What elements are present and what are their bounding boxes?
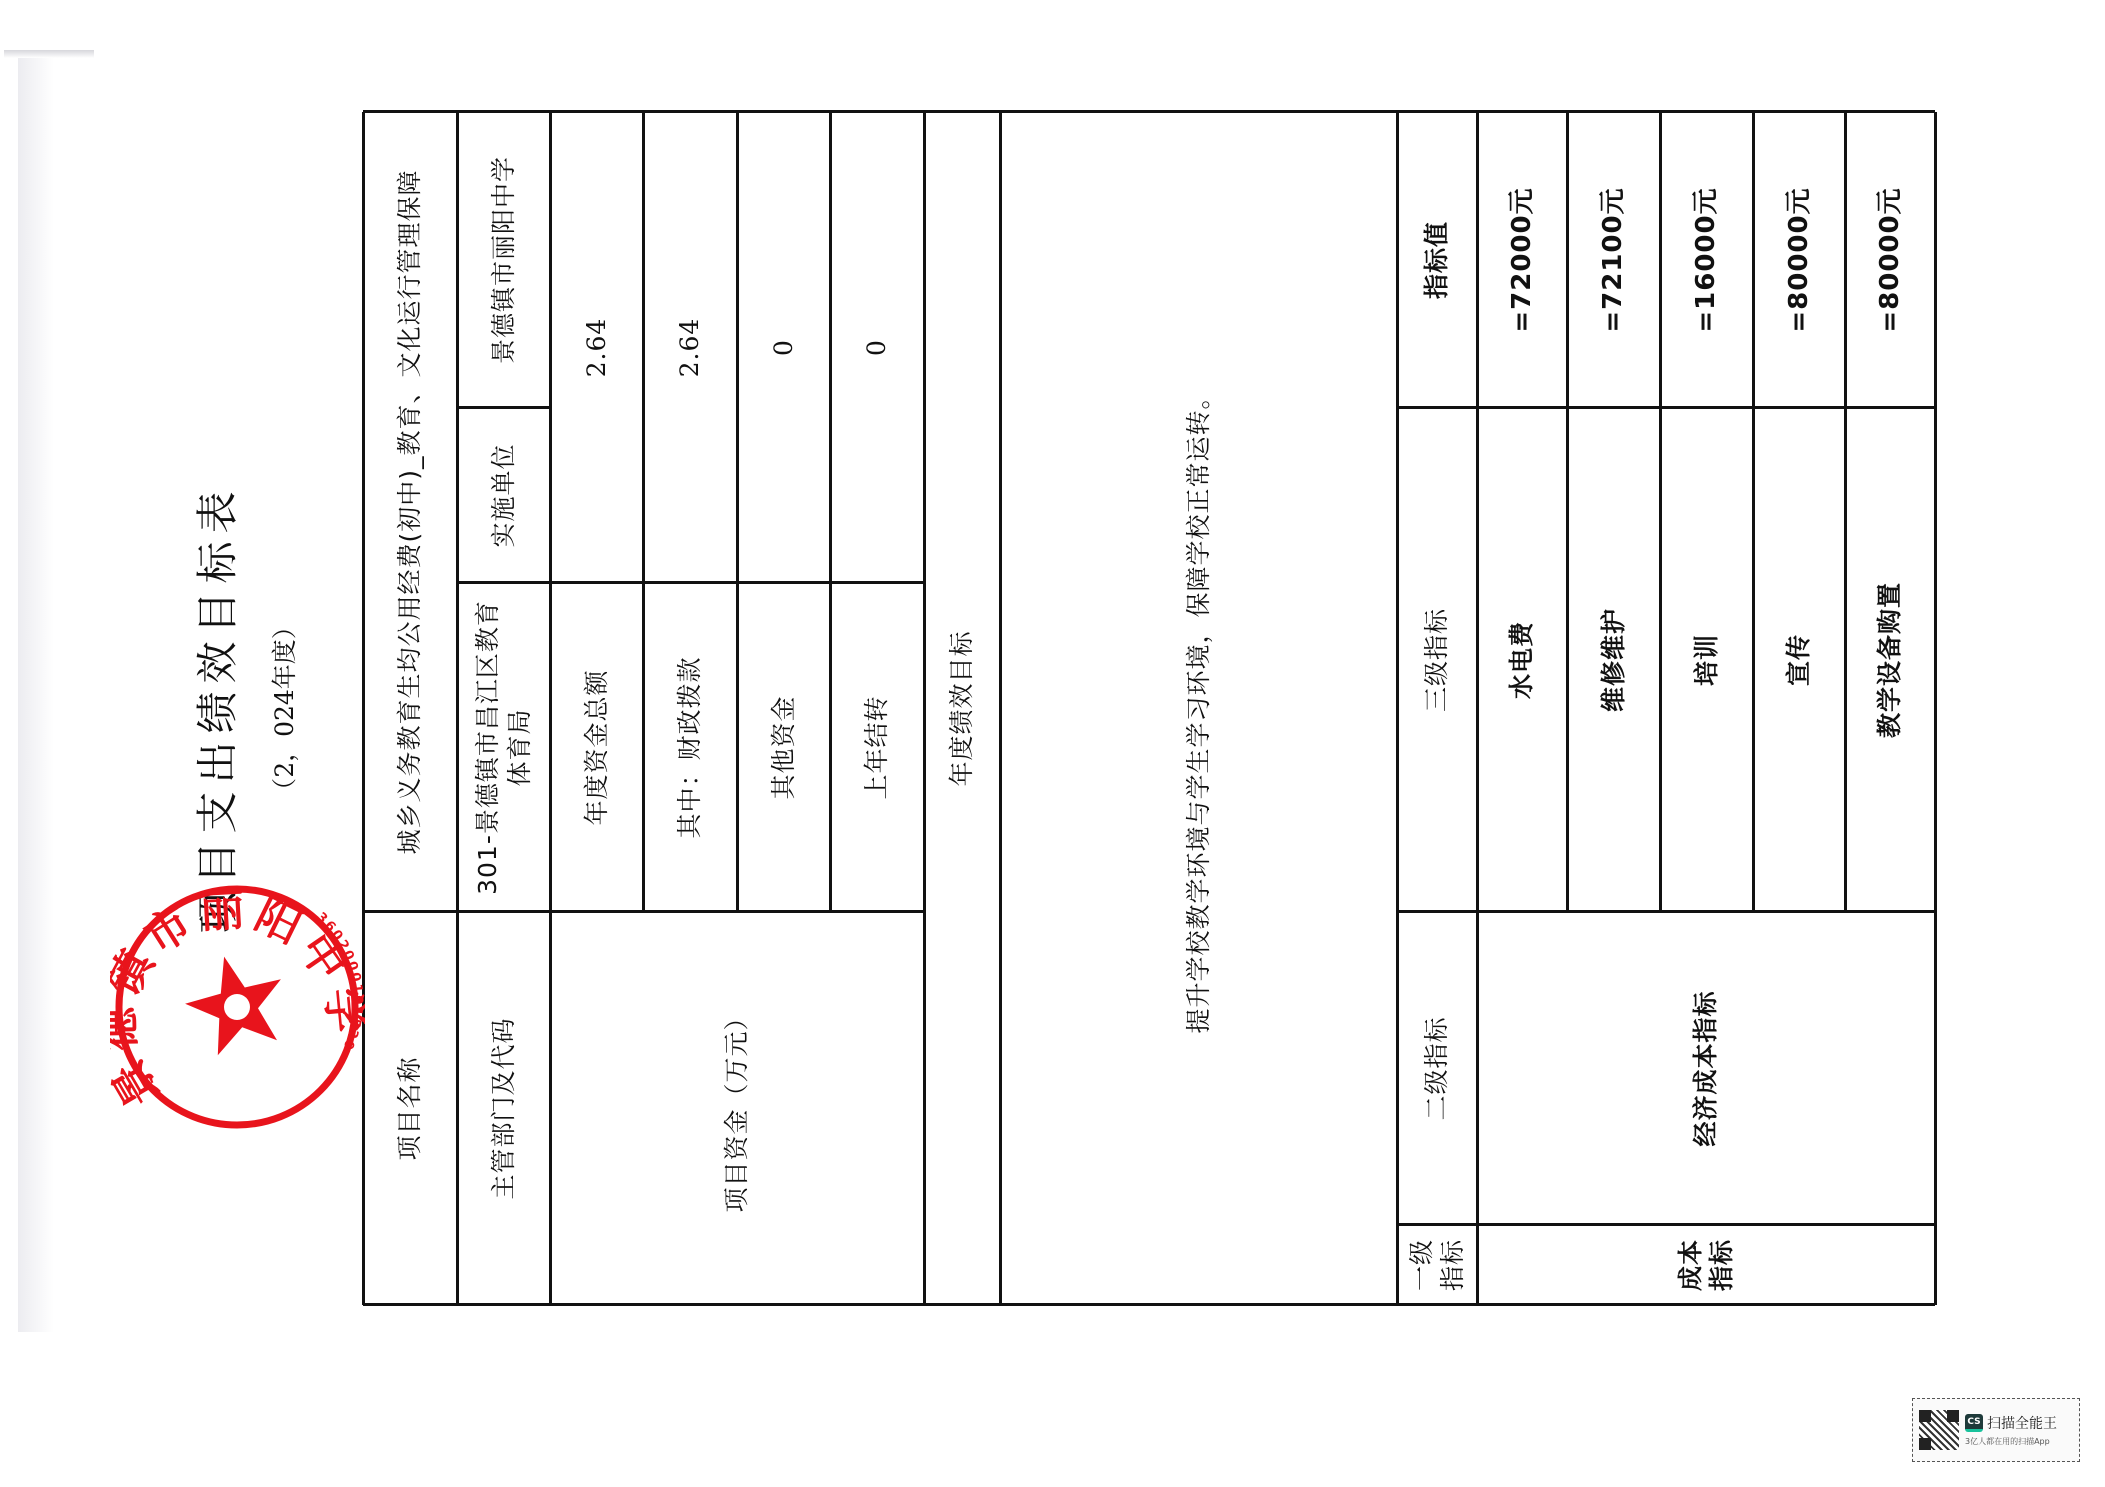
- department-value: 301-景德镇市昌江区教育体育局: [457, 583, 550, 912]
- scanner-watermark: CS 扫描全能王 3亿人都在用的扫描App: [1912, 1398, 2080, 1462]
- indicator-level3-item: 水电费: [1477, 408, 1567, 912]
- indicator-level3-item: 维修维护: [1567, 408, 1660, 912]
- watermark-brand: 扫描全能王: [1987, 1413, 2057, 1433]
- department-label: 主管部门及代码: [457, 912, 550, 1305]
- project-name-label: 项目名称: [363, 912, 457, 1305]
- star-icon: [185, 957, 281, 1056]
- funding-row-value: 2.64: [643, 112, 737, 583]
- annual-goal-label: 年度绩效目标: [924, 112, 1000, 1305]
- watermark-tagline: 3亿人都在用的扫描App: [1965, 1436, 2057, 1447]
- camscanner-logo-icon: CS: [1965, 1414, 1983, 1432]
- funding-row-label: 其他资金: [737, 583, 830, 912]
- project-name-value: 城乡义务教育生均公用经费(初中)_教育、文化运行管理保障: [363, 112, 457, 912]
- official-stamp: 景德镇市丽阳中学 3602000101520: [110, 878, 365, 1136]
- indicator-level3-item: 培训: [1660, 408, 1753, 912]
- scan-edge-shadow: [18, 52, 54, 1332]
- indicator-header-value: 指标值: [1397, 112, 1477, 408]
- indicator-header-level3: 三级指标: [1397, 408, 1477, 912]
- funding-row-value: 0: [737, 112, 830, 583]
- funding-label: 项目资金（万元）: [550, 912, 924, 1305]
- indicator-header-level2: 二级指标: [1397, 912, 1477, 1225]
- funding-row-label: 其中：财政拨款: [643, 583, 737, 912]
- indicator-target-value: =16000元: [1660, 112, 1753, 408]
- funding-row-label: 年度资金总额: [550, 583, 643, 912]
- indicator-level3-item: 教学设备购置: [1845, 408, 1935, 912]
- qr-code-icon: [1919, 1410, 1959, 1450]
- implementer-value: 景德镇市丽阳中学: [457, 112, 550, 408]
- annual-goal-text: 提升学校教学环境与学生学习环境，保障学校正常运转。: [1000, 112, 1397, 1305]
- indicator-level2-value: 经济成本指标: [1477, 912, 1935, 1225]
- funding-row-value: 2.64: [550, 112, 643, 583]
- indicator-header-level1: 一级指标: [1397, 1225, 1477, 1305]
- funding-row-label: 上年结转: [830, 583, 924, 912]
- indicator-target-value: =72000元: [1477, 112, 1567, 408]
- scan-edge-shadow-top: [4, 50, 94, 58]
- indicator-target-value: =80000元: [1753, 112, 1845, 408]
- indicator-target-value: =72100元: [1567, 112, 1660, 408]
- indicator-target-value: =80000元: [1845, 112, 1935, 408]
- document-page: 项目支出绩效目标表 （2，024年度） 项目名称城乡义务教育生均公用经费(初中)…: [363, 112, 1935, 1305]
- funding-row-value: 0: [830, 112, 924, 583]
- indicator-level3-item: 宣传: [1753, 408, 1845, 912]
- implementer-label: 实施单位: [457, 408, 550, 583]
- indicator-level1-value: 成本指标: [1477, 1225, 1935, 1305]
